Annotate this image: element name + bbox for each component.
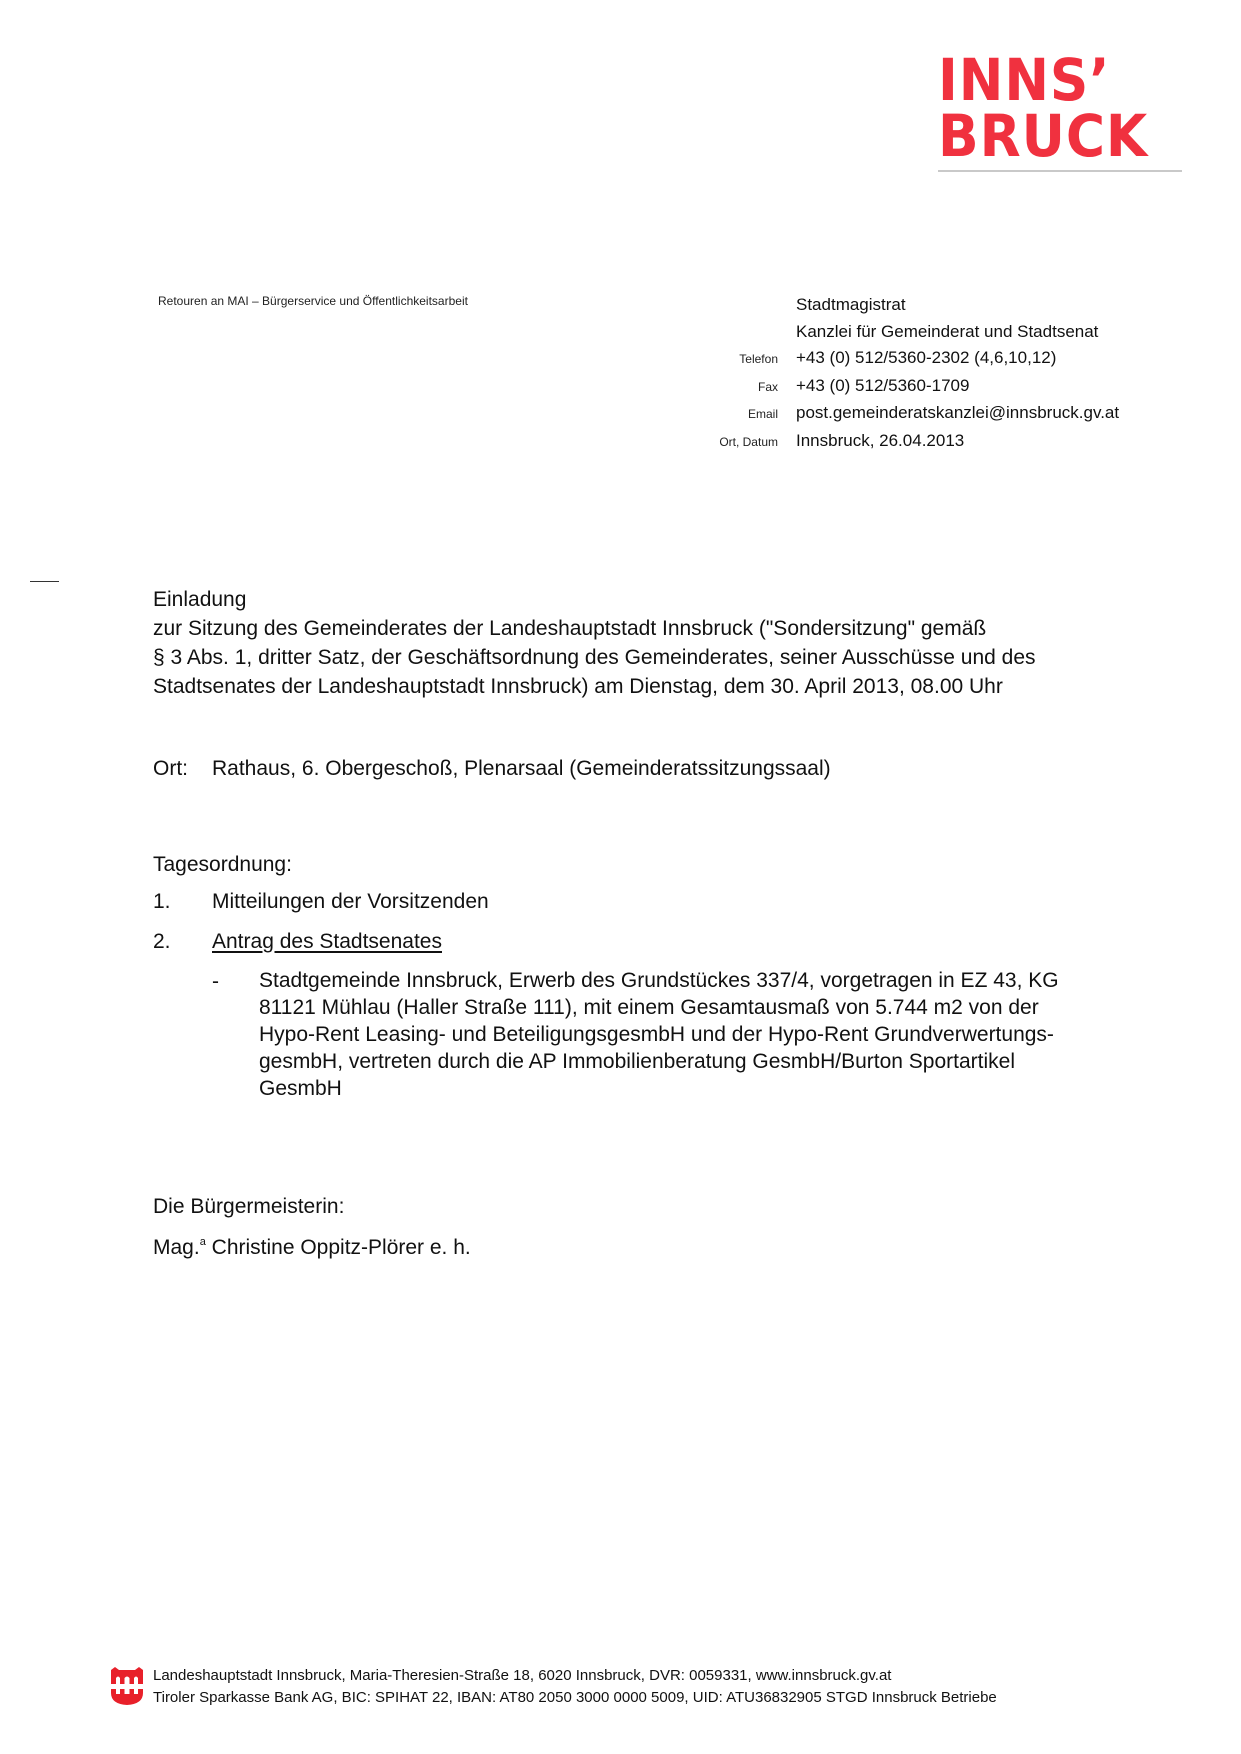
sender-department: Kanzlei für Gemeinderat und Stadtsenat xyxy=(796,319,1098,346)
footer-bank-line: Tiroler Sparkasse Bank AG, BIC: SPIHAT 2… xyxy=(153,1687,997,1709)
logo-underline xyxy=(938,170,1182,172)
sender-fax-row: Fax +43 (0) 512/5360-1709 xyxy=(700,373,1119,401)
fax-value: +43 (0) 512/5360-1709 xyxy=(796,373,969,400)
sender-email-row: Email post.gemeinderatskanzlei@innsbruck… xyxy=(700,400,1119,428)
signature-name: Mag.a Christine Oppitz-Plörer e. h. xyxy=(153,1228,471,1262)
agenda-item: 1. Mitteilungen der Vorsitzenden xyxy=(153,887,489,916)
sender-block: Stadtmagistrat Kanzlei für Gemeinderat u… xyxy=(700,292,1119,455)
footer-address-line: Landeshauptstadt Innsbruck, Maria-Theres… xyxy=(153,1665,997,1687)
agenda-sub-item: - Stadtgemeinde Innsbruck, Erwerb des Gr… xyxy=(212,967,1162,1102)
fax-label: Fax xyxy=(700,374,796,401)
signature-prefix: Mag. xyxy=(153,1236,200,1259)
logo-line-2: BRUCK xyxy=(938,108,1164,164)
invitation-text: Einladung zur Sitzung des Gemeinderates … xyxy=(153,585,1163,701)
sub-item-marker: - xyxy=(212,967,259,1102)
email-value[interactable]: post.gemeinderatskanzlei@innsbruck.gv.at xyxy=(796,400,1119,427)
sender-date-row: Ort, Datum Innsbruck, 26.04.2013 xyxy=(700,428,1119,456)
invitation-line: zur Sitzung des Gemeinderates der Landes… xyxy=(153,614,1163,643)
sub-item-text: Stadtgemeinde Innsbruck, Erwerb des Grun… xyxy=(259,967,1059,1102)
meeting-location: Ort: Rathaus, 6. Obergeschoß, Plenarsaal… xyxy=(153,754,831,783)
fold-mark xyxy=(30,581,59,582)
sender-department-row: Kanzlei für Gemeinderat und Stadtsenat xyxy=(700,319,1119,346)
sender-org: Stadtmagistrat xyxy=(796,292,906,319)
date-value: Innsbruck, 26.04.2013 xyxy=(796,428,964,455)
innsbruck-city-emblem-icon xyxy=(110,1666,144,1706)
return-address: Retouren an MAI – Bürgerservice und Öffe… xyxy=(158,294,468,308)
signature-person: Christine Oppitz-Plörer e. h. xyxy=(206,1236,471,1259)
invitation-line: § 3 Abs. 1, dritter Satz, der Geschäftso… xyxy=(153,643,1163,672)
agenda-item-label: Antrag des Stadtsenates xyxy=(212,927,442,956)
agenda-item: 2. Antrag des Stadtsenates xyxy=(153,927,442,956)
sender-org-row: Stadtmagistrat xyxy=(700,292,1119,319)
email-label: Email xyxy=(700,401,796,428)
signature-title: Die Bürgermeisterin: xyxy=(153,1192,344,1221)
phone-label: Telefon xyxy=(700,346,796,373)
footer-text: Landeshauptstadt Innsbruck, Maria-Theres… xyxy=(153,1665,997,1709)
phone-value: +43 (0) 512/5360-2302 (4,6,10,12) xyxy=(796,345,1056,372)
agenda-item-label: Mitteilungen der Vorsitzenden xyxy=(212,887,489,916)
agenda-item-number: 1. xyxy=(153,887,212,916)
innsbruck-logo: INNS’ BRUCK xyxy=(938,52,1164,164)
agenda-item-number: 2. xyxy=(153,927,212,956)
location-label: Ort: xyxy=(153,754,212,783)
agenda-title: Tagesordnung: xyxy=(153,850,292,879)
invitation-title: Einladung xyxy=(153,585,1163,614)
location-value: Rathaus, 6. Obergeschoß, Plenarsaal (Gem… xyxy=(212,754,831,783)
logo-line-1: INNS’ xyxy=(938,52,1164,108)
date-label: Ort, Datum xyxy=(700,429,796,456)
invitation-line: Stadtsenates der Landeshauptstadt Innsbr… xyxy=(153,672,1163,701)
sender-phone-row: Telefon +43 (0) 512/5360-2302 (4,6,10,12… xyxy=(700,345,1119,373)
